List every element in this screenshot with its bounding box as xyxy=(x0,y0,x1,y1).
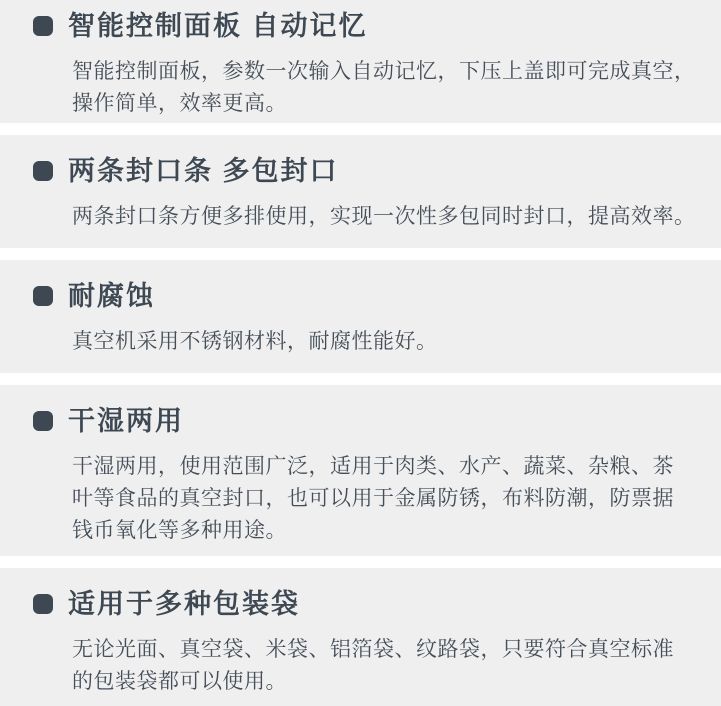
feature-body-line: 干湿两用，使用范围广泛，适用于肉类、水产、蔬菜、杂粮、茶 xyxy=(72,451,700,483)
bullet-square-icon xyxy=(33,594,53,614)
feature-heading: 两条封口条 多包封口 xyxy=(68,157,339,185)
feature-heading-row: 两条封口条 多包封口 xyxy=(0,157,721,185)
feature-heading-row: 耐腐蚀 xyxy=(0,282,721,310)
feature-body-line: 智能控制面板，参数一次输入自动记忆，下压上盖即可完成真空， xyxy=(72,56,700,88)
feature-body-line: 真空机采用不锈钢材料，耐腐性能好。 xyxy=(72,326,700,358)
feature-body: 无论光面、真空袋、米袋、铝箔袋、纹路袋，只要符合真空标准 的包装袋都可以使用。 xyxy=(72,634,700,698)
feature-body: 真空机采用不锈钢材料，耐腐性能好。 xyxy=(72,326,700,358)
feature-body-line: 叶等食品的真空封口，也可以用于金属防锈，布料防潮，防票据 xyxy=(72,483,700,515)
feature-heading-row: 适用于多种包装袋 xyxy=(0,590,721,618)
bullet-square-icon xyxy=(33,161,53,181)
feature-body-line: 的包装袋都可以使用。 xyxy=(72,666,700,698)
feature-body: 干湿两用，使用范围广泛，适用于肉类、水产、蔬菜、杂粮、茶 叶等食品的真空封口，也… xyxy=(72,451,700,547)
feature-section-dry-wet-use: 干湿两用 干湿两用，使用范围广泛，适用于肉类、水产、蔬菜、杂粮、茶 叶等食品的真… xyxy=(0,385,721,556)
feature-body: 智能控制面板，参数一次输入自动记忆，下压上盖即可完成真空， 操作简单，效率更高。 xyxy=(72,56,700,120)
feature-heading: 干湿两用 xyxy=(68,407,184,435)
feature-heading: 耐腐蚀 xyxy=(68,282,155,310)
feature-section-two-seal-strips: 两条封口条 多包封口 两条封口条方便多排使用，实现一次性多包同时封口，提高效率。 xyxy=(0,135,721,248)
feature-body-line: 钱币氧化等多种用途。 xyxy=(72,515,700,547)
feature-body-line: 无论光面、真空袋、米袋、铝箔袋、纹路袋，只要符合真空标准 xyxy=(72,634,700,666)
feature-heading: 智能控制面板 自动记忆 xyxy=(68,12,368,40)
feature-section-smart-panel: 智能控制面板 自动记忆 智能控制面板，参数一次输入自动记忆，下压上盖即可完成真空… xyxy=(0,0,721,123)
feature-body-line: 操作简单，效率更高。 xyxy=(72,88,700,120)
bullet-square-icon xyxy=(33,411,53,431)
feature-heading-row: 智能控制面板 自动记忆 xyxy=(0,12,721,40)
feature-body: 两条封口条方便多排使用，实现一次性多包同时封口，提高效率。 xyxy=(72,201,700,233)
feature-section-corrosion-resistant: 耐腐蚀 真空机采用不锈钢材料，耐腐性能好。 xyxy=(0,260,721,373)
feature-section-multi-bag-types: 适用于多种包装袋 无论光面、真空袋、米袋、铝箔袋、纹路袋，只要符合真空标准 的包… xyxy=(0,568,721,706)
bullet-square-icon xyxy=(33,286,53,306)
feature-heading: 适用于多种包装袋 xyxy=(68,590,300,618)
feature-heading-row: 干湿两用 xyxy=(0,407,721,435)
product-feature-list: 智能控制面板 自动记忆 智能控制面板，参数一次输入自动记忆，下压上盖即可完成真空… xyxy=(0,0,721,706)
feature-body-line: 两条封口条方便多排使用，实现一次性多包同时封口，提高效率。 xyxy=(72,201,700,233)
bullet-square-icon xyxy=(33,16,53,36)
